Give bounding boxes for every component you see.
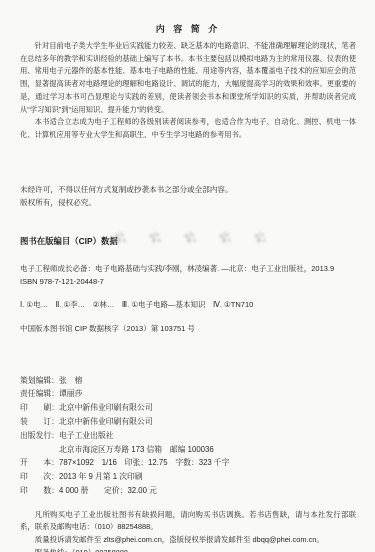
isbn-number: ISBN 978-7-121-20448-7 — [20, 275, 356, 288]
imprint-row-planning-editor: 策划编辑：张 榕 — [20, 374, 356, 388]
exchange-note: 凡所购买电子工业出版社图书有缺损问题，请向购买书店调换。若书店售缺，请与本社发行… — [20, 509, 356, 534]
imprint-row-print-run-date: 印 次：2013 年 9 月第 1 次印刷 — [20, 470, 356, 484]
imprint-section: 策划编辑：张 榕 责任编辑：谭丽莎 印 刷：北京中新伟业印刷有限公司 装 订：北… — [20, 374, 356, 498]
imprint-row-copies-price: 印 数：4 000 册 定价：32.00 元 — [20, 484, 356, 498]
cip-data-section: 图书在版编目（CIP）数据 电子工程师成长必备：电子电路基础与实践/李刚，林凌编… — [20, 235, 356, 334]
content-summary-section: 内 容 简 介 针对目前电子类大学生毕业后实践能力较差、缺乏基本的电路意识、不能… — [20, 22, 356, 142]
book-copyright-page: 内 容 简 介 针对目前电子类大学生毕业后实践能力较差、缺乏基本的电路意识、不能… — [0, 0, 375, 552]
imprint-row-responsible-editor: 责任编辑：谭丽莎 — [20, 387, 356, 401]
service-hotline-note: 服务热线：（010）88258888。 — [20, 547, 356, 552]
cip-classification: Ⅰ. ①电… Ⅱ. ①李… ②林… Ⅲ. ①电子电路—基本知识 Ⅳ. ①TN71… — [20, 299, 356, 310]
all-rights-reserved-notice: 版权所有，侵权必究。 — [20, 196, 356, 210]
content-summary-paragraph-1: 针对目前电子类大学生毕业后实践能力较差、缺乏基本的电路意识、不能准确理解理论的现… — [20, 40, 356, 116]
service-notes-section: 凡所购买电子工业出版社图书有缺损问题，请向购买书店调换。若书店售缺，请与本社发行… — [20, 509, 356, 552]
content-summary-title: 内 容 简 介 — [20, 22, 356, 35]
complaint-email-note: 质量投诉请发邮件至 zlts@phei.com.cn，盗版侵权举报请发邮件至 d… — [20, 534, 356, 547]
imprint-row-printer: 印 刷：北京中新伟业印刷有限公司 — [20, 401, 356, 415]
imprint-row-publisher-address: 北京市海淀区万寿路 173 信箱 邮编 100036 — [20, 443, 356, 457]
cip-registry-number: 中国版本图书馆 CIP 数据核字（2013）第 103751 号 — [20, 323, 356, 334]
imprint-row-publisher: 出版发行：电子工业出版社 — [20, 429, 356, 443]
content-summary-paragraph-2: 本书适合立志成为电子工程师的各级别读者阅读参考，也适合作为电子、自动化、测控、机… — [20, 116, 356, 141]
cip-header: 图书在版编目（CIP）数据 — [20, 235, 356, 247]
cip-catalog-entry: 电子工程师成长必备：电子电路基础与实践/李刚，林凌编著. —北京：电子工业出版社… — [20, 262, 356, 275]
copyright-notice-section: 未经许可，不得以任何方式复制或抄袭本书之部分或全部内容。 版权所有，侵权必究。 — [20, 183, 356, 210]
imprint-row-binder: 装 订：北京中新伟业印刷有限公司 — [20, 415, 356, 429]
imprint-row-format: 开 本：787×1092 1/16 印张：12.75 字数：323 千字 — [20, 456, 356, 470]
no-copy-notice: 未经许可，不得以任何方式复制或抄袭本书之部分或全部内容。 — [20, 183, 356, 197]
